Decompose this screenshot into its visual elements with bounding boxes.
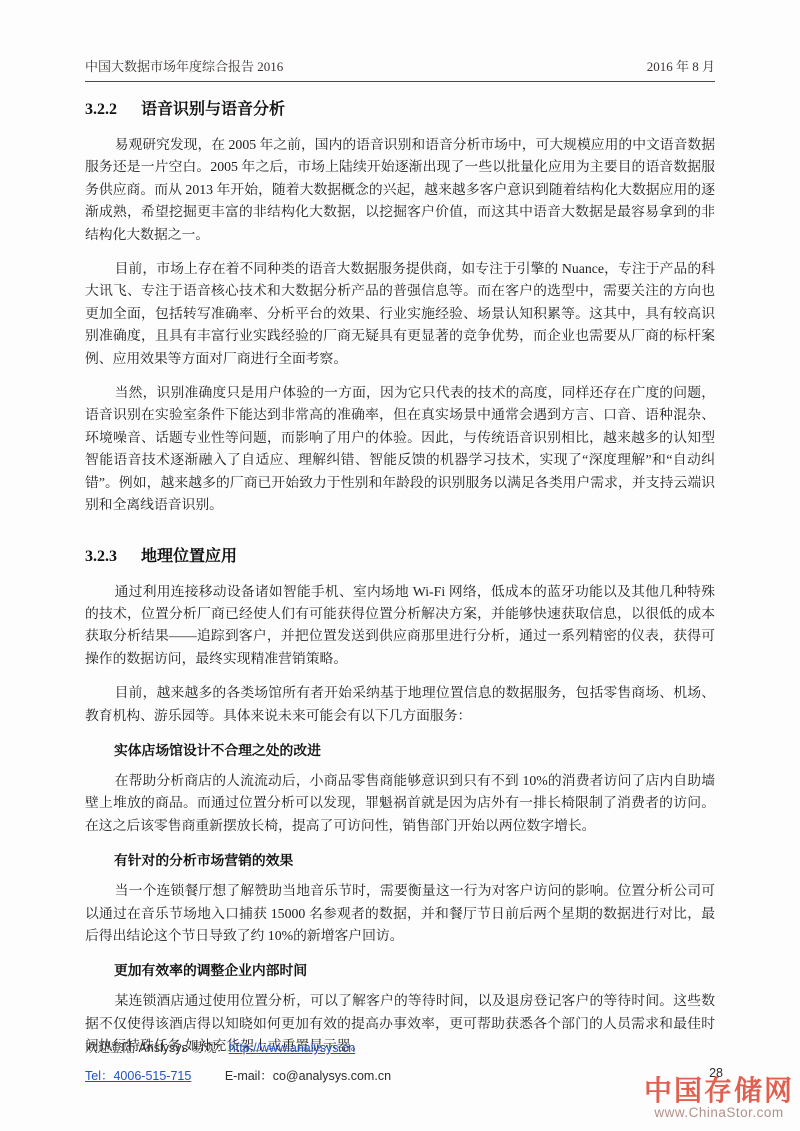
document-page: 中国大数据市场年度综合报告 2016 2016 年 8 月 3.2.2 语音识别… — [0, 0, 800, 1058]
subsection-marketing-analysis: 有针对的分析市场营销的效果 当一个连锁餐厅想了解赞助当地音乐节时，需要衡量这一行… — [85, 849, 715, 947]
watermark-site-url: www.ChinaStor.com — [644, 1105, 794, 1120]
section-heading-3-2-2: 3.2.2 语音识别与语音分析 — [85, 96, 715, 119]
paragraph: 目前，市场上存在着不同种类的语音大数据服务提供商，如专注于引擎的 Nuance，… — [85, 258, 715, 370]
watermark-site-name: 中国存储网 — [644, 1076, 794, 1105]
footer-welcome-line: 欢迎登陆 Anslysys 易观：http://www.analysys.cn — [85, 1038, 723, 1056]
email-text: E-mail：co@analysys.com.cn — [225, 1069, 391, 1083]
paragraph: 目前，越来越多的各类场馆所有者开始采纳基于地理位置信息的数据服务，包括零售商场、… — [85, 682, 715, 727]
page-footer: 欢迎登陆 Anslysys 易观：http://www.analysys.cn … — [85, 1038, 723, 1094]
subsection-heading: 有针对的分析市场营销的效果 — [85, 849, 715, 869]
report-date: 2016 年 8 月 — [647, 56, 715, 75]
subsection-store-layout: 实体店场馆设计不合理之处的改进 在帮助分析商店的人流流动后，小商品零售商能够意识… — [85, 739, 715, 837]
website-link[interactable]: http://www.analysys.cn — [229, 1041, 355, 1055]
footer-welcome-text: 欢迎登陆 Anslysys 易观： — [85, 1041, 229, 1055]
running-header: 中国大数据市场年度综合报告 2016 2016 年 8 月 — [85, 56, 715, 82]
paragraph: 易观研究发现，在 2005 年之前，国内的语音识别和语音分析市场中，可大规模应用… — [85, 134, 715, 246]
tel-link[interactable]: Tel：4006-515-715 — [85, 1069, 191, 1083]
subsection-heading: 实体店场馆设计不合理之处的改进 — [85, 739, 715, 759]
section-title: 地理位置应用 — [141, 543, 237, 566]
report-title: 中国大数据市场年度综合报告 2016 — [85, 56, 283, 75]
subsection-heading: 更加有效率的调整企业内部时间 — [85, 959, 715, 979]
section-speech-recognition: 3.2.2 语音识别与语音分析 易观研究发现，在 2005 年之前，国内的语音识… — [85, 96, 715, 517]
section-number: 3.2.2 — [85, 101, 117, 119]
section-geolocation: 3.2.3 地理位置应用 通过利用连接移动设备诸如智能手机、室内场地 Wi-Fi… — [85, 543, 715, 1058]
section-title: 语音识别与语音分析 — [141, 96, 285, 119]
paragraph: 在帮助分析商店的人流流动后，小商品零售商能够意识到只有不到 10%的消费者访问了… — [85, 770, 715, 837]
chinastor-watermark: 中国存储网 www.ChinaStor.com — [644, 1076, 794, 1120]
paragraph: 当一个连锁餐厅想了解赞助当地音乐节时，需要衡量这一行为对客户访问的影响。位置分析… — [85, 880, 715, 947]
paragraph: 当然，识别准确度只是用户体验的一方面，因为它只代表的技术的高度，同样还存在广度的… — [85, 382, 715, 516]
section-heading-3-2-3: 3.2.3 地理位置应用 — [85, 543, 715, 566]
footer-contact-line: Tel：4006-515-715 E-mail：co@analysys.com.… — [85, 1066, 723, 1084]
paragraph: 通过利用连接移动设备诸如智能手机、室内场地 Wi-Fi 网络，低成本的蓝牙功能以… — [85, 581, 715, 671]
section-number: 3.2.3 — [85, 548, 117, 566]
